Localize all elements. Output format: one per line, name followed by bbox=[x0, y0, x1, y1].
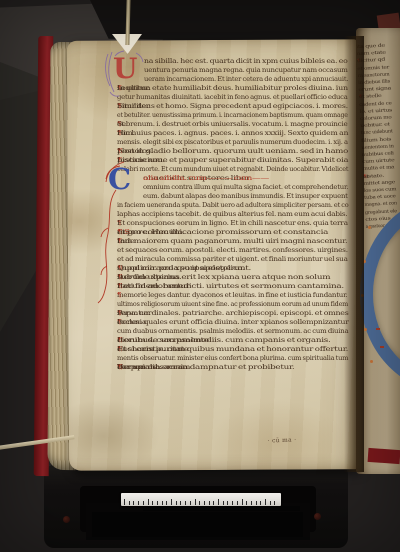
gothic-text: Iterum de sacramento bbox=[117, 336, 209, 344]
gothic-text: tam maiorem quam paganorum. multi uiri m… bbox=[117, 237, 347, 245]
gothic-text: uentura penuria magna regna. quia nuncup… bbox=[144, 66, 348, 74]
gothic-text: na sibilla. hec est. quarta dicit in xpm… bbox=[144, 57, 348, 65]
gothic-text: in faciem ueneranda sputa. Dabit uero ad… bbox=[117, 201, 349, 209]
marginal-red-mark bbox=[380, 346, 384, 348]
gothic-text: eum. dabunt alapas deo manibus immundis.… bbox=[143, 192, 348, 200]
manuscript-photo-stage: ita que denam etate¶ dicitur qdet omnis … bbox=[0, 0, 400, 552]
gothic-text: et sequaces eorum. apostoli. electi. mar… bbox=[117, 246, 348, 254]
arc-ornament-dot bbox=[364, 328, 367, 331]
gothic-text: memorie leges dantur. dyaconos et leuita… bbox=[117, 291, 347, 299]
gothic-text: Iterum ulterius erit lex xpiana uera atq… bbox=[117, 273, 330, 281]
book-cover-bottom-right bbox=[368, 448, 400, 464]
gothic-text: Et conspuciones eorum in ligno. Et in ch… bbox=[117, 219, 348, 227]
gothic-text: multa et ma bbox=[363, 166, 395, 174]
gothic-text: Non in gladio bellorum. quorum uult ueni… bbox=[117, 147, 348, 155]
gothic-text: ultimos religiosorum uiuent sine fine. a… bbox=[117, 300, 348, 308]
gothic-text: mentis obseruatur. minister eius confert… bbox=[117, 354, 348, 362]
gothic-text: Similiter bbox=[117, 102, 149, 110]
gothic-text: Iusticie noue et pauper superabitur diui… bbox=[117, 156, 348, 164]
gothic-text: Sebrenum. i. destruet orbis uniuersalis.… bbox=[117, 120, 348, 128]
gothic-text: Quod miracula sunt apostolica. bbox=[117, 264, 245, 272]
gothic-text: cum duabus ornamentis. psalmis melodiis.… bbox=[117, 327, 348, 335]
gothic-text: In ultima etate humiliabit deus. humilia… bbox=[117, 84, 348, 92]
arc-ornament-dot bbox=[368, 226, 371, 229]
gothic-text: Et si cum puritate bbox=[117, 345, 189, 353]
initial-letter-c: C bbox=[108, 162, 131, 196]
gothic-text: Iterum quales erunt officia diuina. inte… bbox=[117, 318, 349, 326]
gothic-text: celebri morte. Et cum mundum uiuet et re… bbox=[117, 165, 348, 173]
gothic-text: ueram incarnacionem. Et inter cetera de … bbox=[144, 75, 348, 83]
gothic-text: et pro communicacione promissorum et con… bbox=[117, 228, 328, 236]
gothic-text: gregabunt ele bbox=[365, 209, 397, 217]
gothic-text: Iterum adorantur bbox=[117, 282, 190, 290]
gothic-text: Iterum ad sacram bbox=[117, 363, 190, 371]
gothic-text: bitur deus et homo. Signa precedent apud… bbox=[117, 102, 348, 110]
gothic-text: laphas accipiens tacebit. de quibus alte… bbox=[117, 210, 348, 218]
gothic-text: Inde bbox=[117, 237, 135, 245]
rubric-text: alia sibilla. cum——— cum—— bbox=[143, 174, 269, 182]
gothic-text: getur humanitas diuinitati. iacebit in f… bbox=[117, 93, 348, 101]
arc-ornament-dot bbox=[370, 360, 373, 363]
marginal-red-mark bbox=[376, 328, 380, 330]
gothic-text: et ad miracula commissa pariter et uigen… bbox=[117, 255, 348, 263]
rubric-text: ¶ bbox=[117, 291, 121, 299]
gothic-text: Papa. cardinales. patriarche. archiepisc… bbox=[117, 309, 349, 317]
gothic-text: omnium contra illum qui multa signa faci… bbox=[143, 183, 348, 191]
gothic-text: mensis. elegit sibi ex piscatoribus et p… bbox=[117, 138, 348, 146]
gothic-text: et betuliter. uenustissima primum. i. in… bbox=[117, 111, 348, 119]
initial-letter-u: U bbox=[113, 52, 137, 85]
gothic-text: Hic huius paces. i. agnus. paces. i. ann… bbox=[117, 129, 348, 137]
